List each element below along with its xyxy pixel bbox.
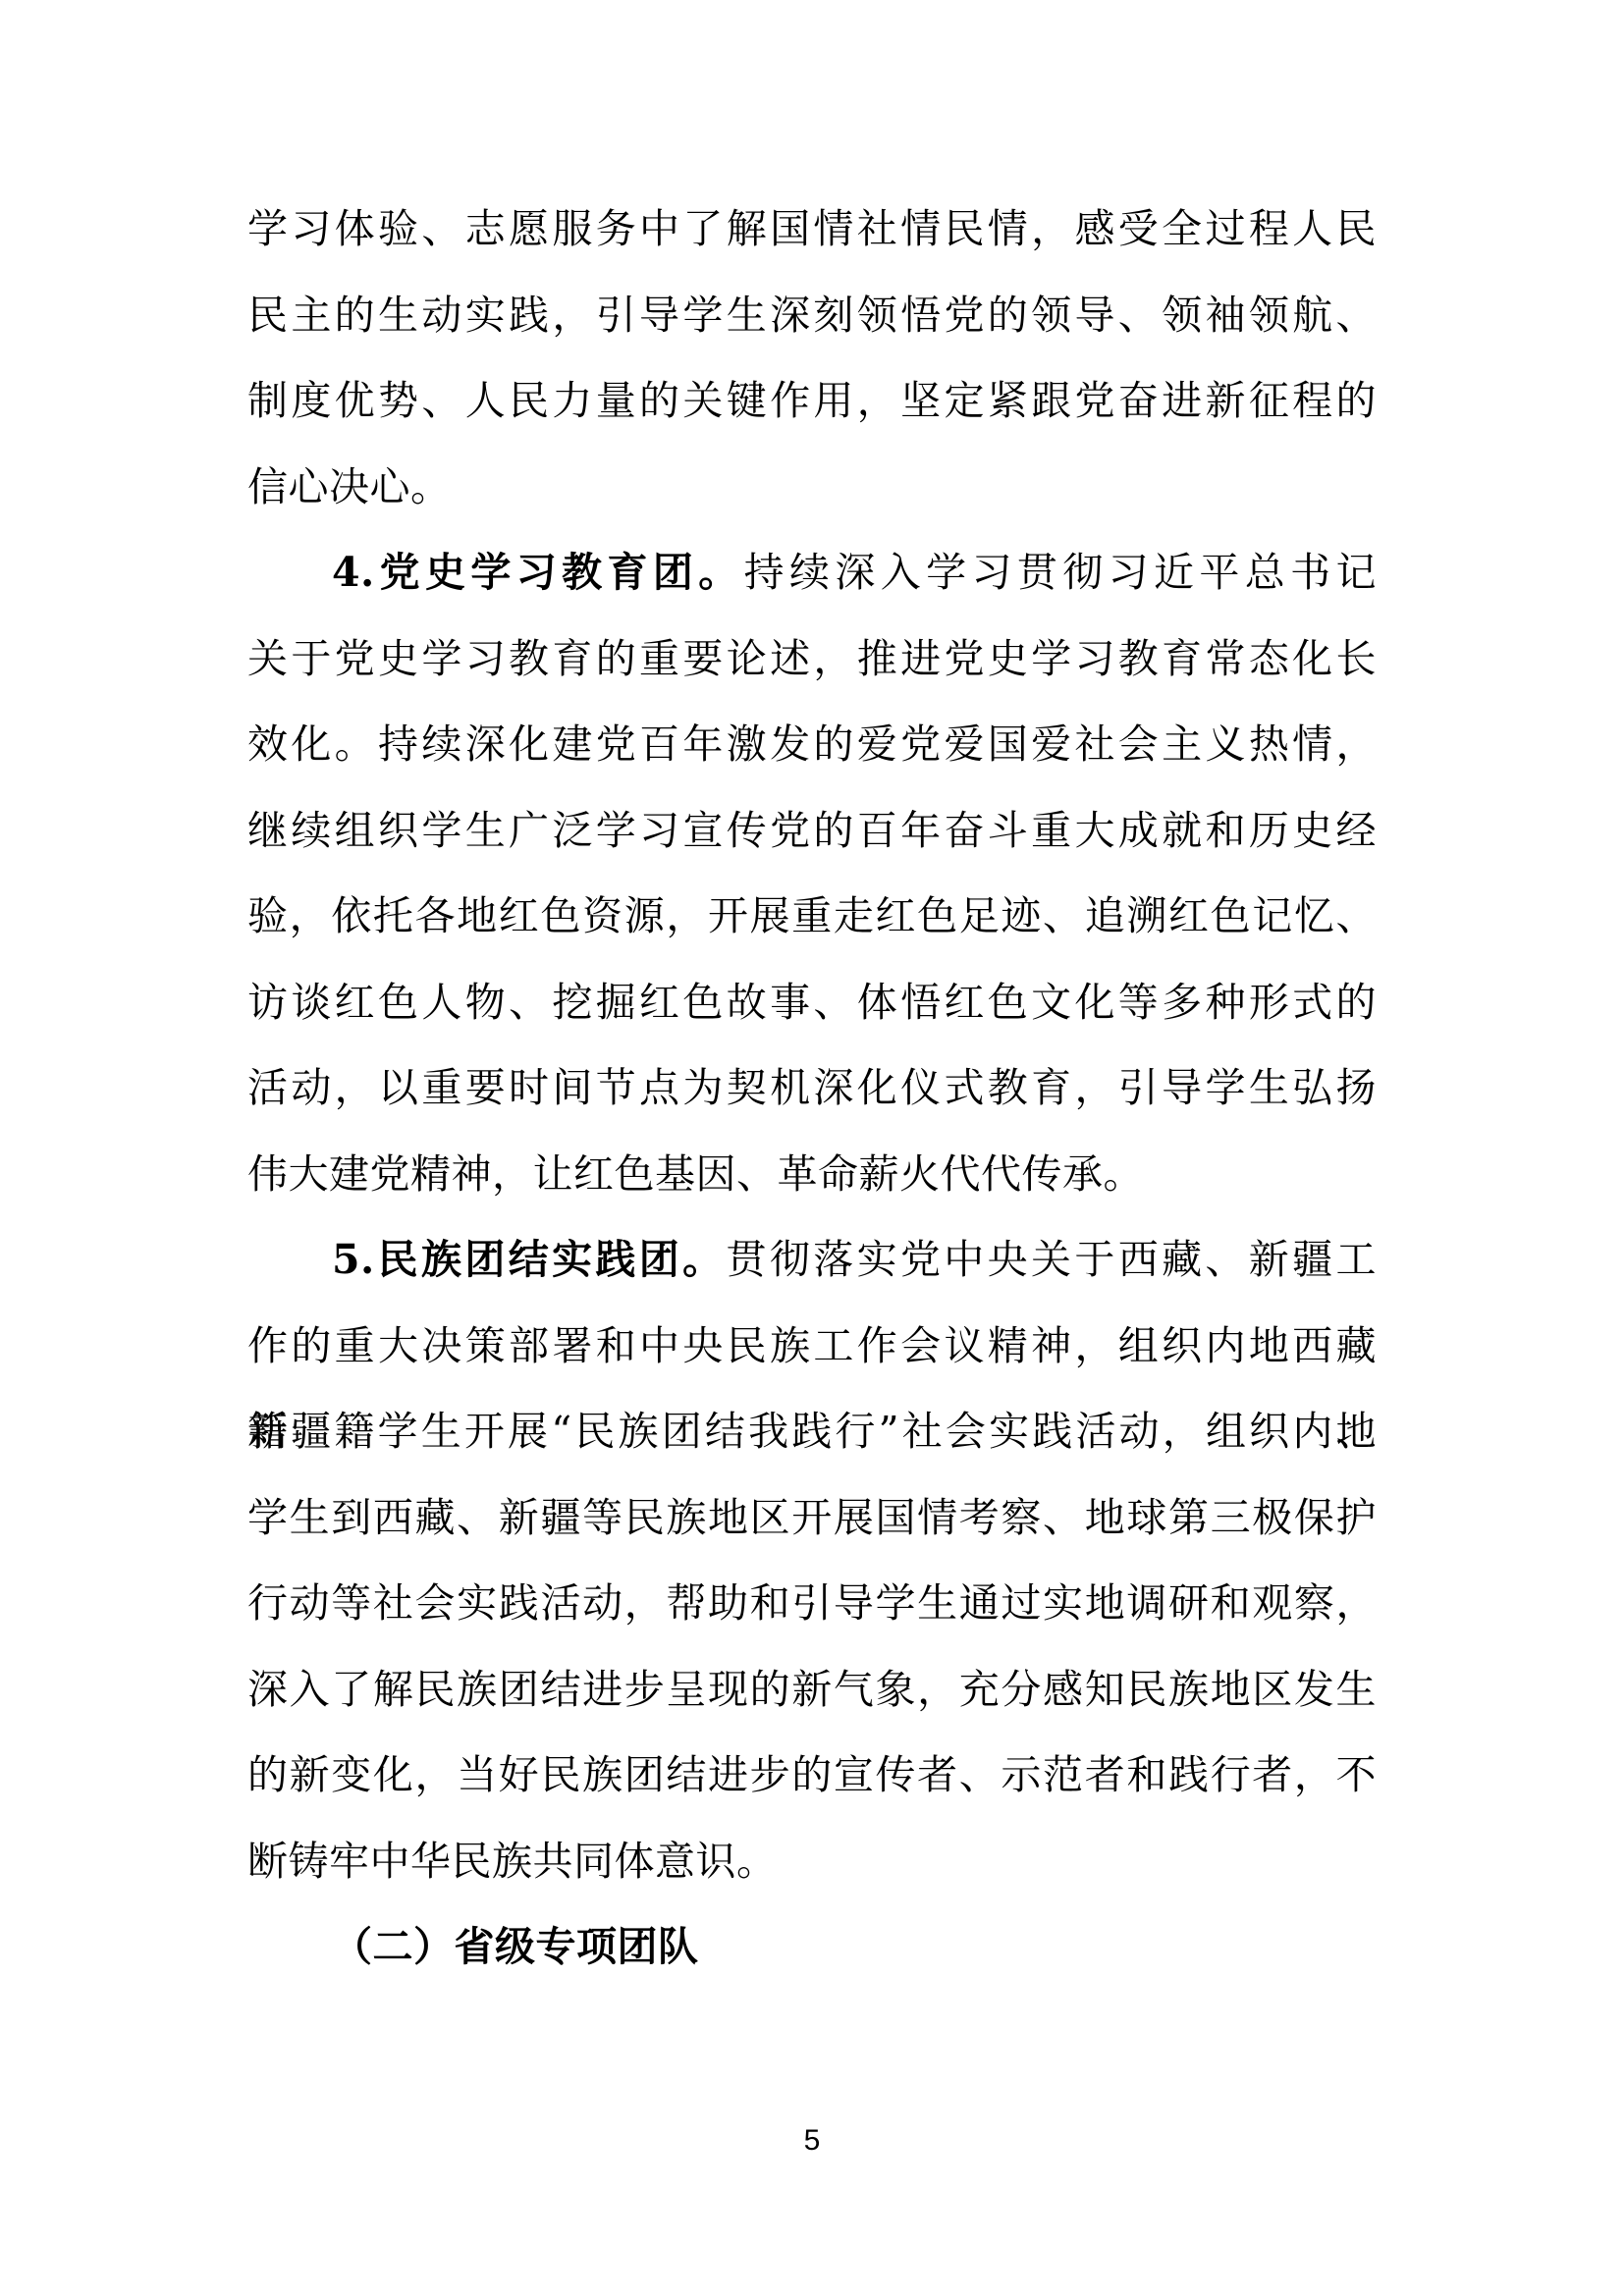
emphasis-text: （二）省级专项团队 <box>332 1923 699 1970</box>
body-text: 行动等社会实践活动，帮助和引导学生通过实地调研和观察， <box>247 1579 1377 1627</box>
body-text: 信心决心。 <box>247 463 452 510</box>
body-text: 效化。持续深化建党百年激发的爱党爱国爱社会主义热情， <box>247 721 1377 768</box>
document-page: 学习体验、志愿服务中了解国情社情民情，感受全过程人民民主的生动实践，引导学生深刻… <box>0 0 1624 2296</box>
text-line: 断铸牢中华民族共同体意识。 <box>247 1819 1377 1905</box>
body-text: 学习体验、志愿服务中了解国情社情民情，感受全过程人民 <box>247 205 1377 252</box>
text-line: 伟大建党精神，让红色基因、革命薪火代代传承。 <box>247 1132 1377 1218</box>
page-number: 5 <box>0 2124 1624 2157</box>
text-line: 5.民族团结实践团。贯彻落实党中央关于西藏、新疆工 <box>247 1217 1377 1304</box>
body-text: 制度优势、人民力量的关键作用，坚定紧跟党奋进新征程的 <box>247 377 1377 424</box>
text-line: 验，依托各地红色资源，开展重走红色足迹、追溯红色记忆、 <box>247 874 1377 960</box>
text-line: 作的重大决策部署和中央民族工作会议精神，组织内地西藏籍、 <box>247 1304 1377 1390</box>
body-text: 的新变化，当好民族团结进步的宣传者、示范者和践行者，不 <box>247 1751 1377 1798</box>
text-line: 继续组织学生广泛学习宣传党的百年奋斗重大成就和历史经 <box>247 788 1377 875</box>
text-line: 访谈红色人物、挖掘红色故事、体悟红色文化等多种形式的 <box>247 960 1377 1046</box>
text-line: 4.党史学习教育团。持续深入学习贯彻习近平总书记 <box>247 530 1377 616</box>
text-block: 学习体验、志愿服务中了解国情社情民情，感受全过程人民民主的生动实践，引导学生深刻… <box>247 187 1377 1991</box>
body-text: 持续深入学习贯彻习近平总书记 <box>744 549 1377 596</box>
text-line: 的新变化，当好民族团结进步的宣传者、示范者和践行者，不 <box>247 1733 1377 1819</box>
body-text: 民主的生动实践，引导学生深刻领悟党的领导、领袖领航、 <box>247 292 1377 339</box>
text-line: 信心决心。 <box>247 445 1377 531</box>
body-text: 深入了解民族团结进步呈现的新气象，充分感知民族地区发生 <box>247 1666 1377 1713</box>
text-line: 深入了解民族团结进步呈现的新气象，充分感知民族地区发生 <box>247 1647 1377 1734</box>
body-text: 断铸牢中华民族共同体意识。 <box>247 1838 778 1885</box>
body-text: 伟大建党精神，让红色基因、革命薪火代代传承。 <box>247 1150 1144 1198</box>
text-line: 行动等社会实践活动，帮助和引导学生通过实地调研和观察， <box>247 1561 1377 1647</box>
body-text: 学生到西藏、新疆等民族地区开展国情考察、地球第三极保护 <box>247 1494 1377 1541</box>
body-text: 关于党史学习教育的重要论述，推进党史学习教育常态化长 <box>247 635 1377 682</box>
emphasis-text: 5.民族团结实践团。 <box>332 1236 727 1283</box>
text-line: 学生到西藏、新疆等民族地区开展国情考察、地球第三极保护 <box>247 1475 1377 1562</box>
text-line: 新疆籍学生开展“民族团结我践行”社会实践活动，组织内地 <box>247 1389 1377 1475</box>
body-text: 活动，以重要时间节点为契机深化仪式教育，引导学生弘扬 <box>247 1064 1377 1111</box>
body-text: 贯彻落实党中央关于西藏、新疆工 <box>727 1236 1377 1283</box>
text-line: 民主的生动实践，引导学生深刻领悟党的领导、领袖领航、 <box>247 273 1377 359</box>
section-heading: （二）省级专项团队 <box>247 1904 1377 1991</box>
body-text: 访谈红色人物、挖掘红色故事、体悟红色文化等多种形式的 <box>247 979 1377 1026</box>
text-line: 制度优势、人民力量的关键作用，坚定紧跟党奋进新征程的 <box>247 358 1377 445</box>
text-line: 关于党史学习教育的重要论述，推进党史学习教育常态化长 <box>247 616 1377 703</box>
text-line: 学习体验、志愿服务中了解国情社情民情，感受全过程人民 <box>247 187 1377 273</box>
text-line: 效化。持续深化建党百年激发的爱党爱国爱社会主义热情， <box>247 702 1377 788</box>
body-text: 新疆籍学生开展“民族团结我践行”社会实践活动，组织内地 <box>247 1408 1377 1455</box>
emphasis-text: 4.党史学习教育团。 <box>332 549 744 596</box>
text-line: 活动，以重要时间节点为契机深化仪式教育，引导学生弘扬 <box>247 1045 1377 1132</box>
body-text: 验，依托各地红色资源，开展重走红色足迹、追溯红色记忆、 <box>247 892 1377 939</box>
body-text: 继续组织学生广泛学习宣传党的百年奋斗重大成就和历史经 <box>247 807 1377 854</box>
